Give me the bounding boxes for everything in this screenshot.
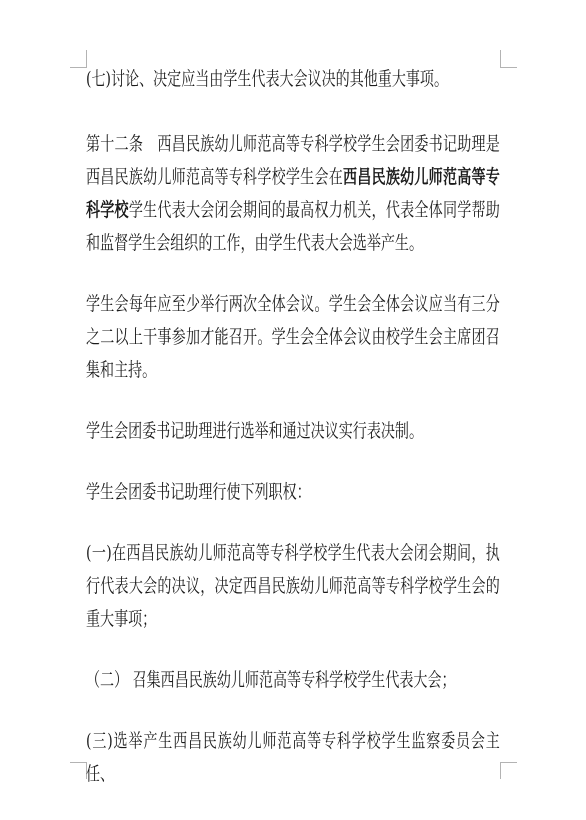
paragraph-power-2: （二） 召集西昌民族幼儿师范高等专科学校学生代表大会； [86, 664, 500, 697]
margin-crop-mark-top-left [70, 50, 87, 68]
paragraph-plenary-meetings: 学生会每年应至少举行两次全体会议。学生会全体会议应当有三分之二以上干事参加才能召… [86, 288, 500, 387]
margin-crop-mark-top-right [500, 50, 517, 68]
margin-crop-mark-bottom-left [70, 762, 87, 779]
paragraph-power-1: (一)在西昌民族幼儿师范高等专科学校学生代表大会闭会期间，执行代表大会的决议，决… [86, 537, 500, 636]
paragraph-power-3: (三)选举产生西昌民族幼儿师范高等专科学校学生监察委员会主任、 [86, 725, 500, 791]
paragraph-voting-system: 学生会团委书记助理进行选举和通过决议实行表决制。 [86, 415, 500, 448]
margin-crop-mark-bottom-right [500, 762, 517, 779]
article-12-text-segment: 学生代表大会闭会期间的最高权力机关，代表全体同学帮助和监督学生会组织的工作，由学… [86, 199, 500, 254]
paragraph-article-12: 第十二条 西昌民族幼儿师范高等专科学校学生会团委书记助理是西昌民族幼儿师范高等专… [86, 128, 500, 260]
document-page: (七)讨论、决定应当由学生代表大会议决的其他重大事项。 第十二条 西昌民族幼儿师… [0, 0, 586, 820]
paragraph-powers-intro: 学生会团委书记助理行使下列职权： [86, 476, 500, 509]
paragraph-item-7: (七)讨论、决定应当由学生代表大会议决的其他重大事项。 [86, 63, 500, 96]
document-text-area[interactable]: (七)讨论、决定应当由学生代表大会议决的其他重大事项。 第十二条 西昌民族幼儿师… [86, 63, 500, 819]
